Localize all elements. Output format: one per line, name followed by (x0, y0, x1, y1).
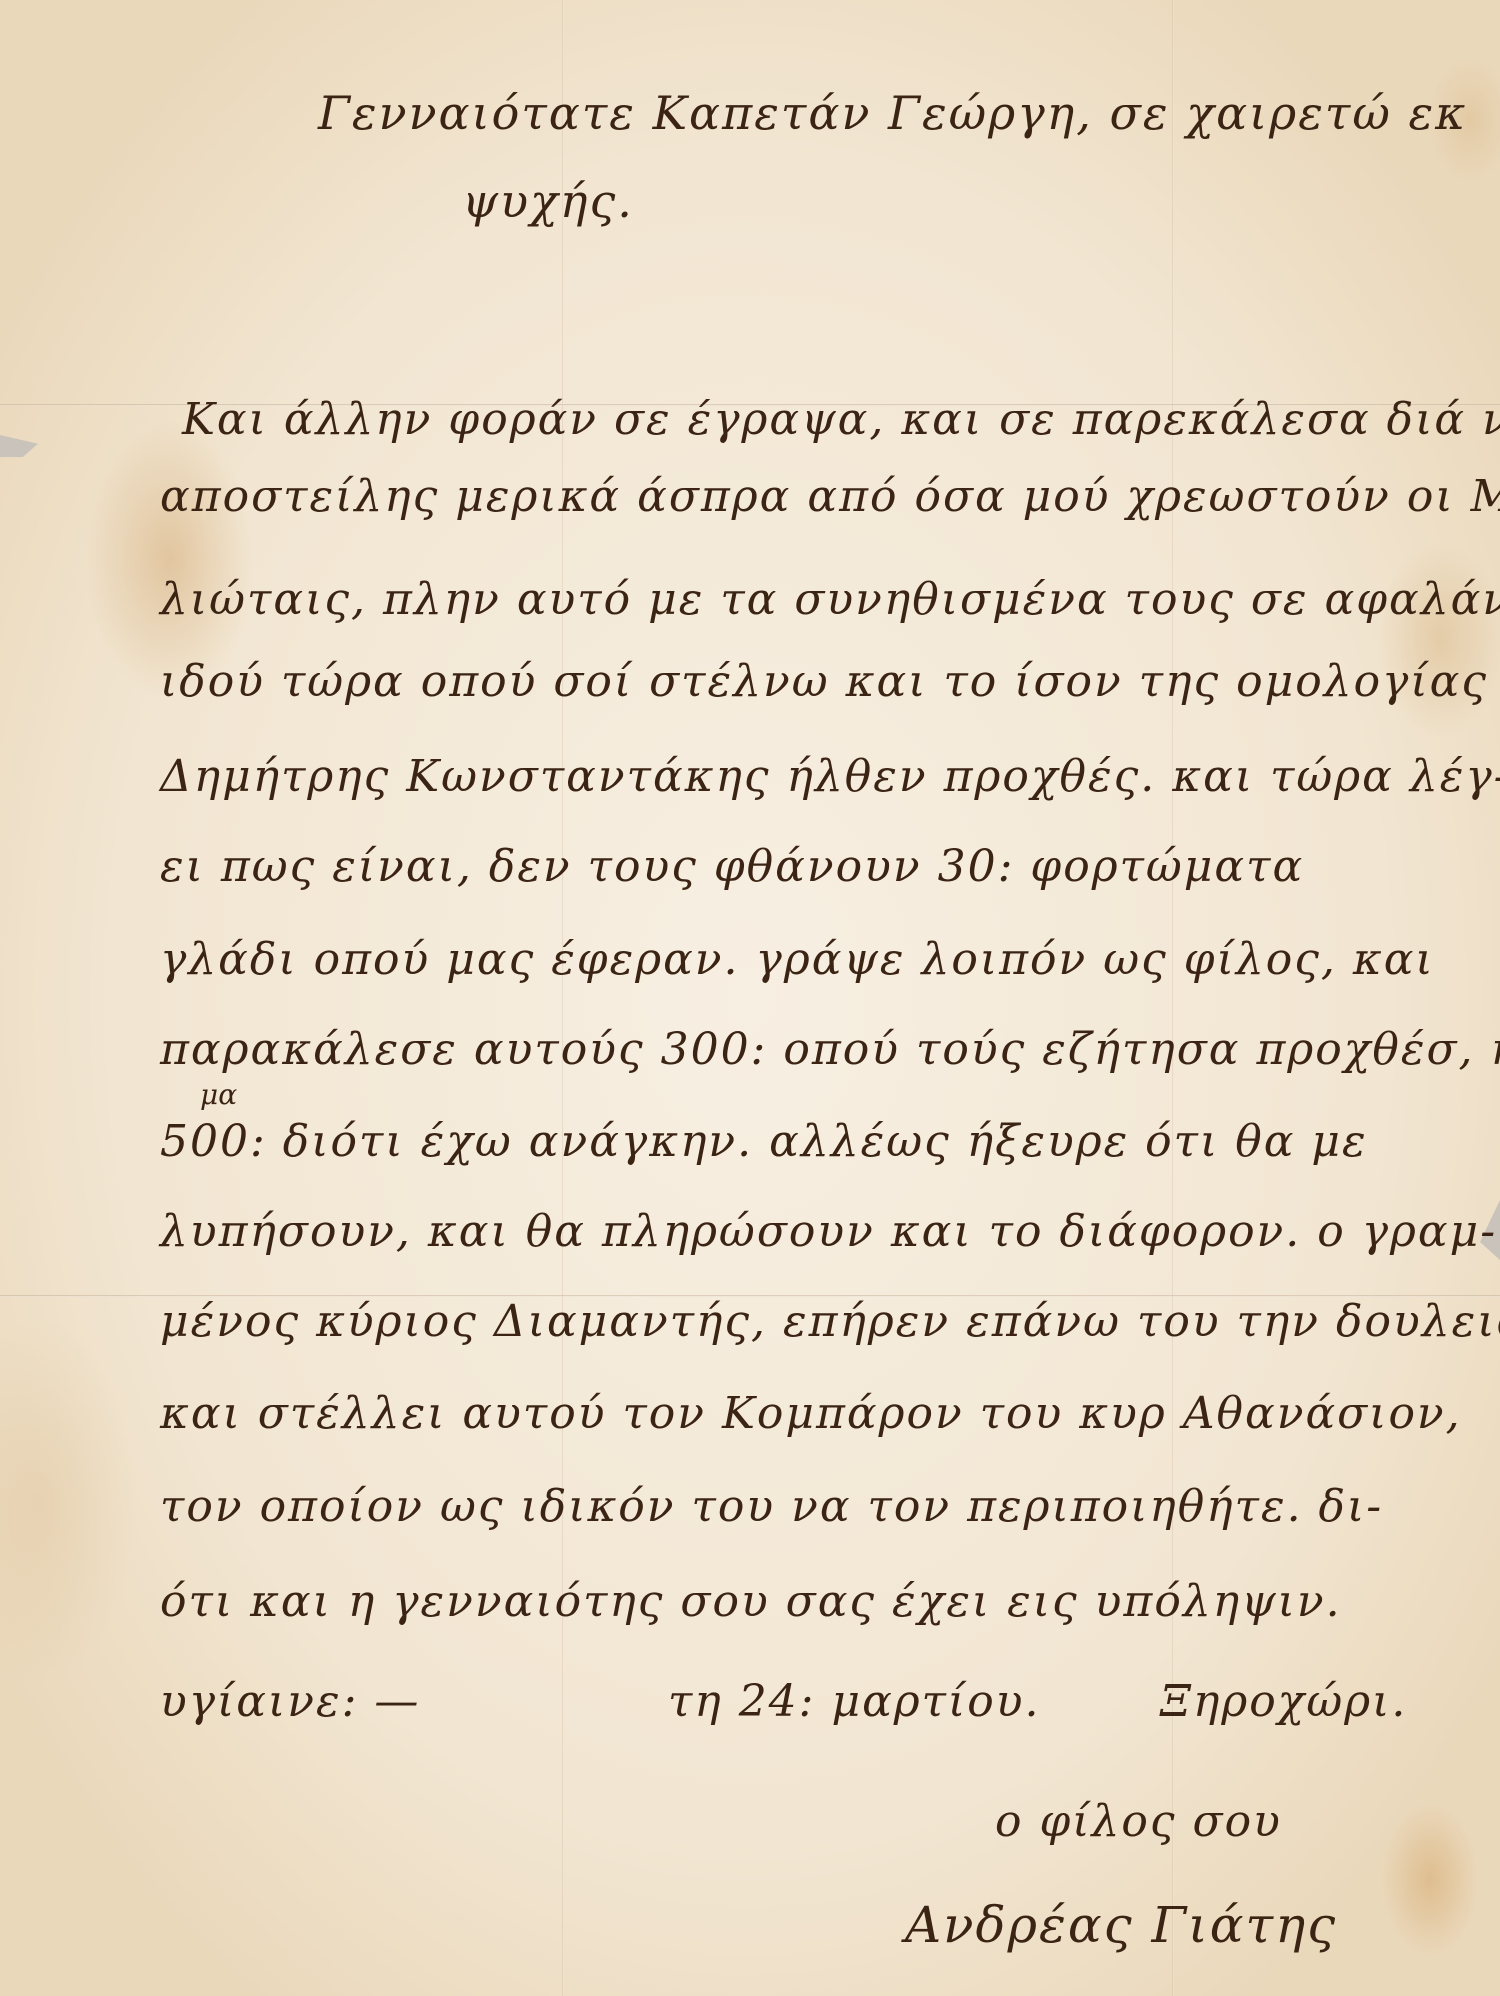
salutation-line-2: ψυχής. (462, 178, 634, 224)
salutation-line-1: Γενναιότατε Καπετάν Γεώργη, σε χαιρετώ ε… (318, 90, 1467, 136)
valediction: ο φίλος σου (995, 1800, 1282, 1844)
body-line-7: γλάδι οπού μας έφεραν. γράψε λοιπόν ως φ… (160, 938, 1435, 982)
body-line-11: μένος κύριος Διαμαντής, επήρεν επάνω του… (160, 1300, 1500, 1344)
body-line-12: και στέλλει αυτού τον Κομπάρον του κυρ Α… (160, 1392, 1462, 1436)
closing-date: τη 24: μαρτίου. (668, 1680, 1040, 1724)
interlinear-insert: μα (200, 1078, 237, 1111)
body-line-3: λιώταις, πλην αυτό με τα συνηθισμένα του… (160, 578, 1500, 622)
body-line-5: Δημήτρης Κωνσταντάκης ήλθεν προχθές. και… (160, 755, 1500, 799)
letter-page: Γενναιότατε Καπετάν Γεώργη, σε χαιρετώ ε… (0, 0, 1500, 1996)
closing-place: Ξηροχώρι. (1160, 1680, 1407, 1724)
body-line-15-farewell: υγίαινε: — (160, 1680, 420, 1724)
body-line-13: τον οποίον ως ιδικόν του να τον περιποιη… (160, 1485, 1383, 1529)
body-line-9: 500: διότι έχω ανάγκην. αλλέως ήξευρε ότ… (160, 1120, 1368, 1164)
vertical-fold-line (562, 0, 564, 1996)
body-line-6: ει πως είναι, δεν τους φθάνουν 30: φορτώ… (160, 845, 1304, 889)
signature: Ανδρέας Γιάτης (905, 1900, 1337, 1950)
body-line-10: λυπήσουν, και θα πληρώσουν και το διάφορ… (160, 1210, 1497, 1254)
body-line-14: ότι και η γενναιότης σου σας έχει εις υπ… (160, 1580, 1342, 1624)
paper-tear-left (0, 435, 38, 457)
body-line-8: παρακάλεσε αυτούς 300: οπού τούς εζήτησα… (160, 1028, 1500, 1072)
body-line-1: Και άλλην φοράν σε έγραψα, και σε παρεκά… (182, 398, 1500, 442)
body-line-4: ιδού τώρα οπού σοί στέλνω και το ίσον τη… (160, 660, 1500, 704)
body-line-2: αποστείλης μερικά άσπρα από όσα μού χρεω… (160, 475, 1500, 519)
